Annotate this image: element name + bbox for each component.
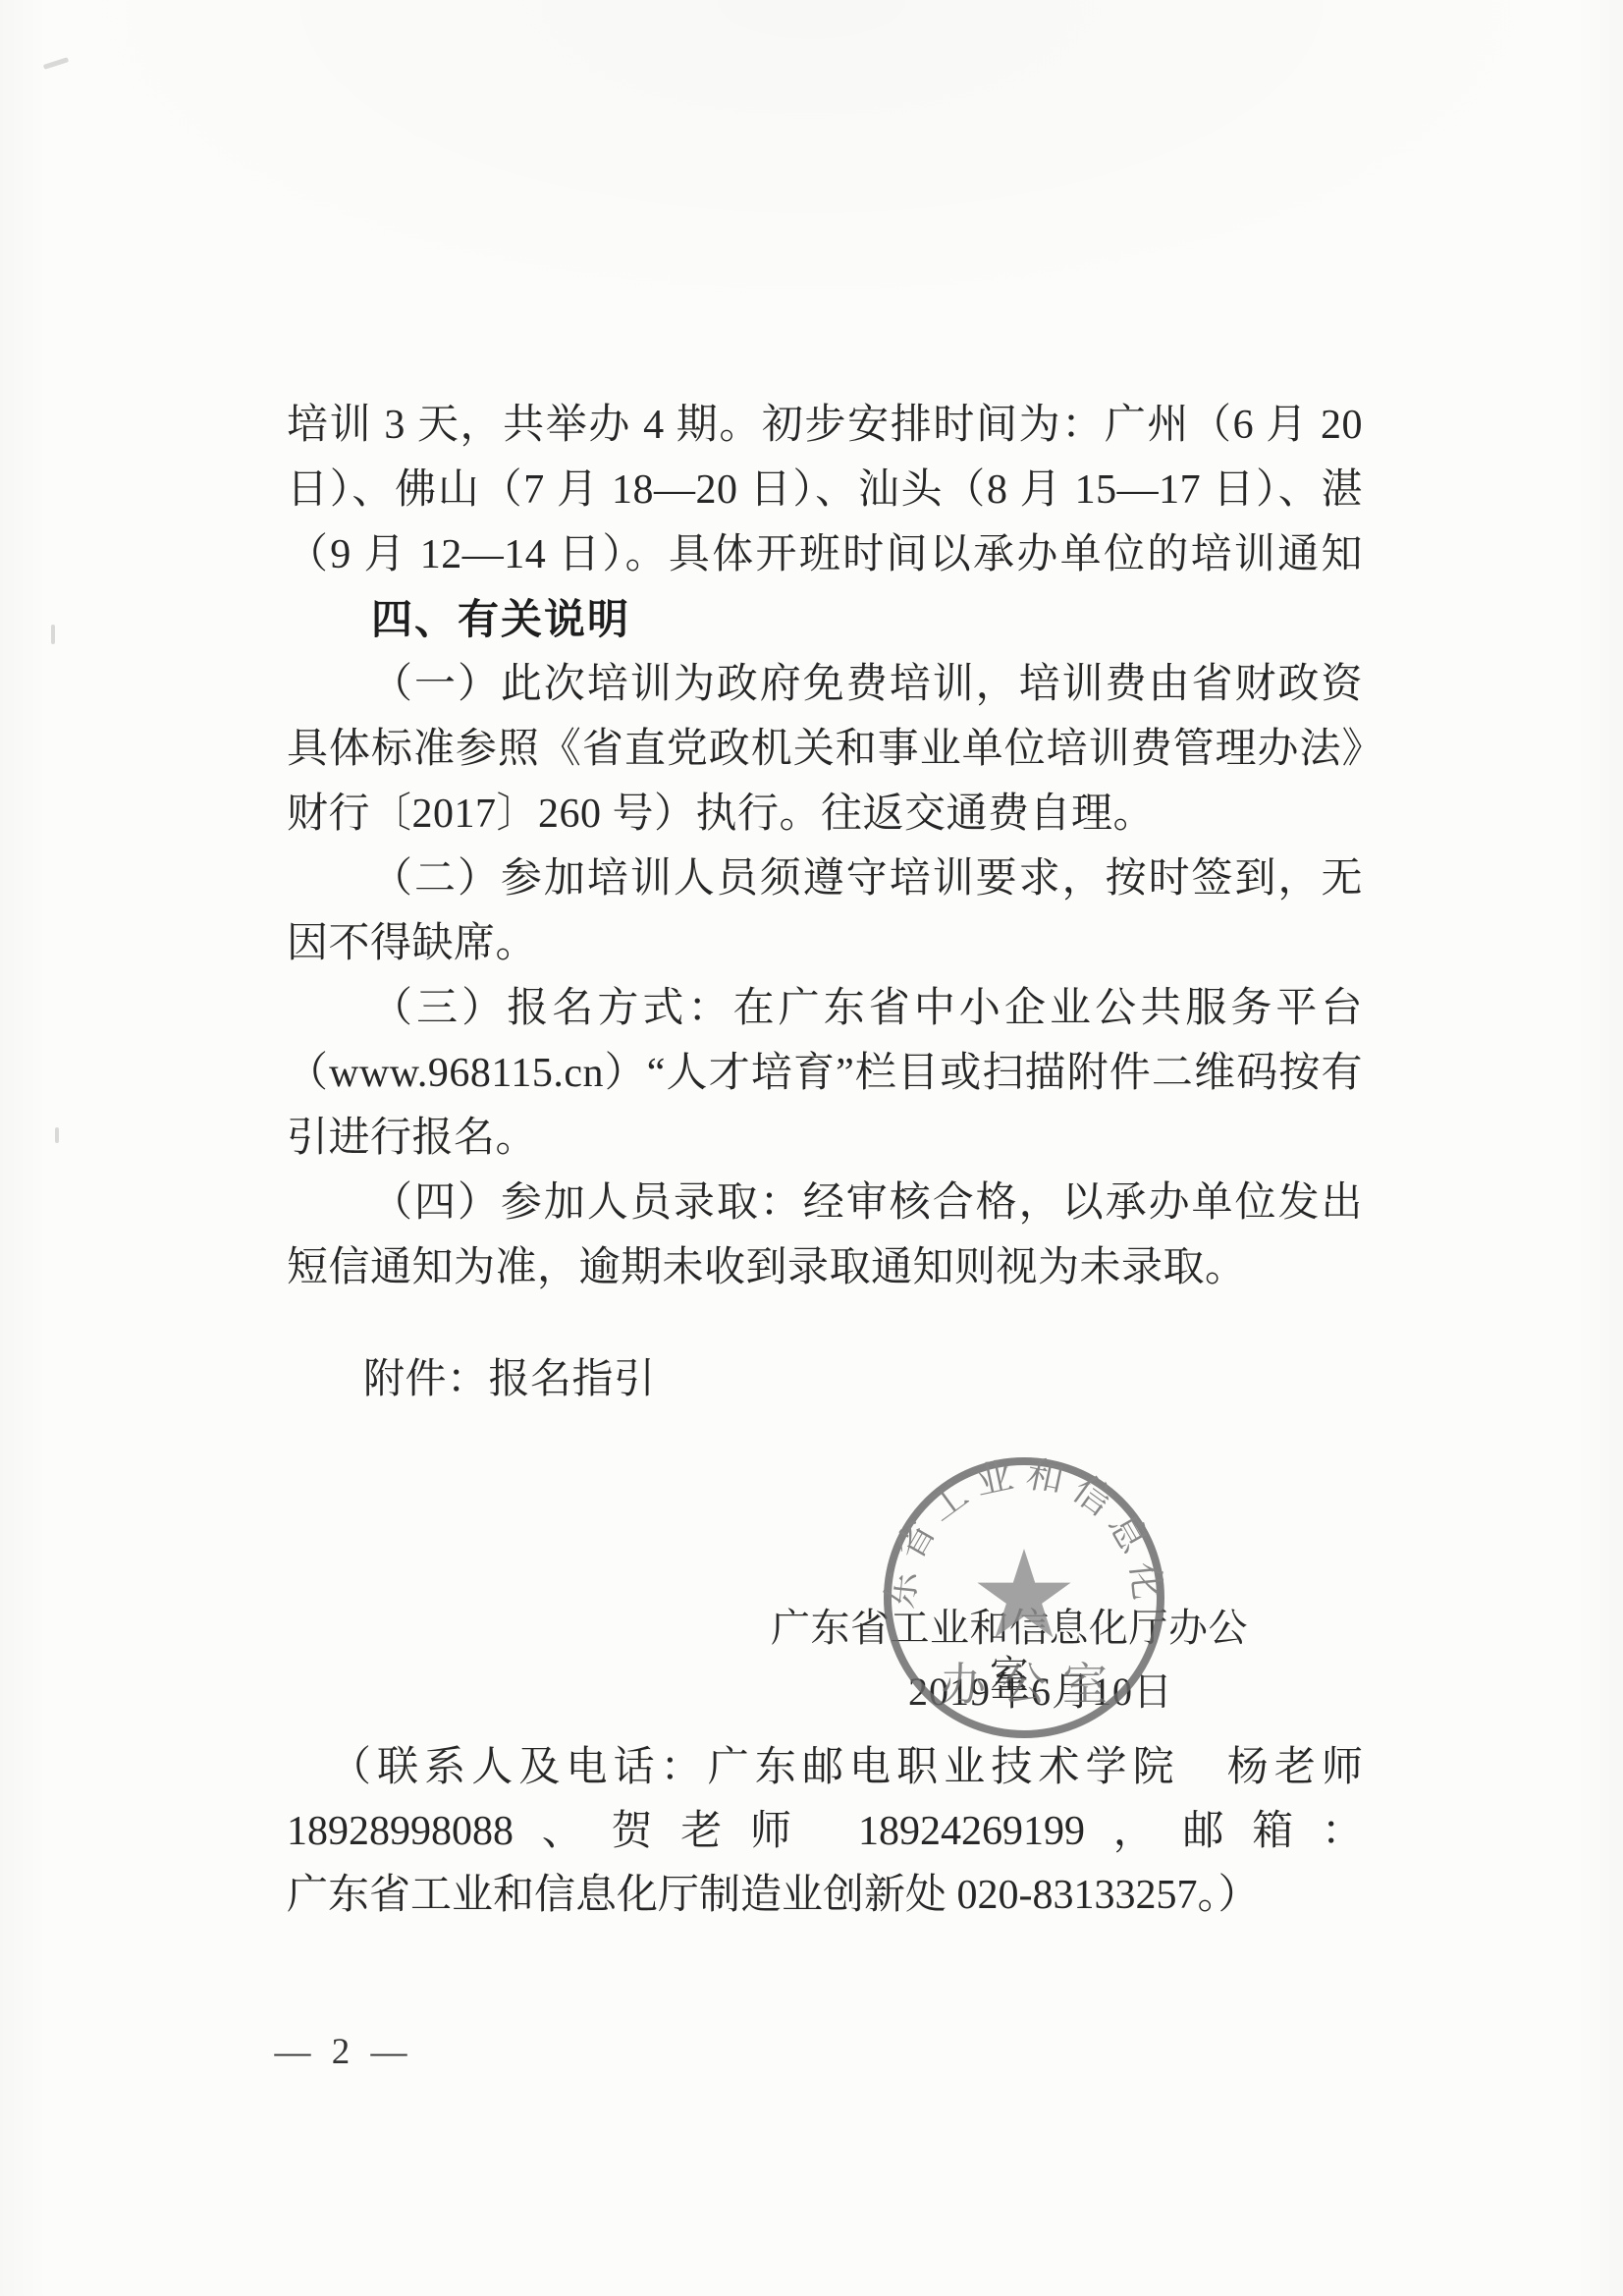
body-line: 财行〔2017〕260 号）执行。往返交通费自理。: [287, 782, 1363, 847]
contact-info: （联系人及电话：广东邮电职业技术学院 杨老师 18928998088、贺老师 1…: [287, 1736, 1363, 1928]
document-body: 培训 3 天，共举办 4 期。初步安排时间为：广州（6 月 20—22 日）、佛…: [287, 393, 1363, 1412]
body-line: 日）、佛山（7 月 18—20 日）、汕头（8 月 15—17 日）、湛江: [287, 458, 1363, 522]
scan-artifact: [51, 625, 55, 644]
attachment-line: 附件：报名指引: [287, 1347, 1363, 1412]
star-icon: [977, 1549, 1070, 1637]
contact-line: 18928998088、贺老师 18924269199，邮箱：yangxingx…: [287, 1800, 1363, 1864]
body-line: 因不得缺席。: [287, 911, 1363, 976]
scan-artifact: [55, 1127, 59, 1143]
body-line: （三）报名方式：在广东省中小企业公共服务平台: [287, 976, 1363, 1041]
body-line: （9 月 12—14 日）。具体开班时间以承办单位的培训通知为准。: [287, 522, 1363, 587]
body-line: 培训 3 天，共举办 4 期。初步安排时间为：广州（6 月 20—22: [287, 393, 1363, 458]
seal-bottom-text: 办公室: [941, 1659, 1123, 1710]
scan-artifact: [43, 57, 69, 70]
body-line: （四）参加人员录取：经审核合格，以承办单位发出的录取: [287, 1171, 1363, 1235]
body-line: （二）参加培训人员须遵守培训要求，按时签到，无特殊原: [287, 847, 1363, 911]
body-line: 具体标准参照《省直党政机关和事业单位培训费管理办法》（粤: [287, 717, 1363, 782]
body-line: 引进行报名。: [287, 1106, 1363, 1171]
scanned-document-page: 培训 3 天，共举办 4 期。初步安排时间为：广州（6 月 20—22 日）、佛…: [0, 0, 1623, 2296]
body-line: （一）此次培训为政府免费培训，培训费由省财政资金支出，: [287, 652, 1363, 717]
contact-line: （联系人及电话：广东邮电职业技术学院 杨老师: [287, 1736, 1363, 1800]
contact-line: 广东省工业和信息化厅制造业创新处 020-83133257。）: [287, 1864, 1363, 1928]
body-line: 短信通知为准，逾期未收到录取通知则视为未录取。: [287, 1235, 1363, 1300]
page-number: — 2 —: [245, 2031, 442, 2073]
section-heading: 四、有关说明: [287, 587, 1363, 652]
body-line: （www.968115.cn）“人才培育”栏目或扫描附件二维码按有关指: [287, 1041, 1363, 1106]
official-seal: 广东省工业和信息化厅 办公室: [877, 1449, 1171, 1743]
